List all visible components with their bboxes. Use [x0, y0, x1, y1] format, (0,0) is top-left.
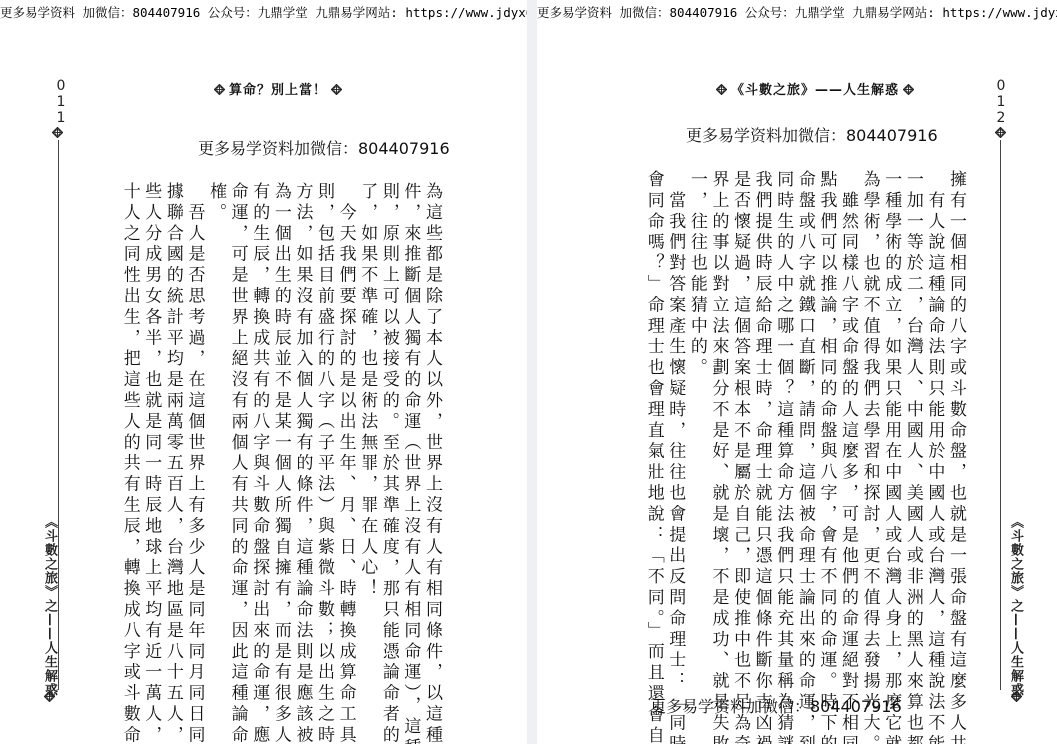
text-column: 為一個出生的時辰並不是某一個人所獨自擁有，而是有很多人共有，用共	[269, 182, 291, 702]
margin-rule	[58, 140, 59, 690]
text-column: 一，往往也能猜中的。	[685, 170, 707, 690]
body-text: 為這些都是除了本人以外，世界上沒有人有相同條件，以這種獨有的條 件，來推斷個人獨…	[102, 182, 442, 702]
text-column: 擁有一個相同的八字或斗數命盤，也就是一張命盤有這麼多人共有。	[944, 170, 966, 690]
ornament-icon	[995, 127, 1006, 138]
ornament-icon	[52, 127, 63, 138]
body-text: 擁有一個相同的八字或斗數命盤，也就是一張命盤有這麼多人共有。 有人說這種論命法則…	[610, 170, 966, 690]
top-banner-right: 更多易学资料 加微信：804407916 公众号：九鼎学堂 九鼎易学网站: ht…	[537, 3, 1057, 23]
text-column: 些人分成男女各半，也就是同一時辰地球上平均有近一萬人，台灣有近四	[140, 182, 162, 702]
watermark-text: 更多易学资料加微信：804407916	[686, 123, 938, 146]
text-column: 同時生的人中之哪一個？這種算命方法我們只能充其量稱為猜謎遊戲；當	[772, 170, 794, 690]
text-column: 一加一等於二，台灣人、中國人、美國人或非洲的黑人來算也都等於二，	[901, 170, 923, 690]
text-column: 雖然同樣八字或命盤的人這麼多，可是他們的命運絕對不相同，從這	[836, 170, 858, 690]
text-column: 則，包括目前盛行的八字（子平法）與紫微斗數；以出生之時辰來論命的	[312, 182, 334, 702]
ornament-icon	[903, 84, 914, 95]
left-page: 0 1 1 《斗數之旅》之——人生解惑 算命？別上當！ 更多易学资料加微信：80…	[0, 30, 527, 744]
side-book-title: 《斗數之旅》之——人生解惑	[1008, 515, 1022, 697]
right-page: 《斗數之旅》——人生解惑 更多易学资料加微信：804407916 更多易学资料加…	[537, 30, 1057, 744]
text-column: 有的生辰，轉換成共有的八字與斗數命盤探討出來的命運，應該屬於共有	[248, 182, 270, 702]
text-column: 了，如果不準確，也是術法無罪，罪在人心！	[356, 182, 378, 702]
running-head: 算命？別上當！	[210, 79, 346, 98]
ornament-icon	[214, 84, 225, 95]
text-column: 吾人是否思考過，在這個世界上有多少人是同年同月同日同時生呢？	[183, 182, 205, 702]
text-column: 件，來推斷個人獨有的命運（世界上沒有人有相同命運），這種論命法	[399, 182, 421, 702]
text-column: 命運，可是世界上絕沒有兩個人有共同的命運，因此這種論命法則值得商	[226, 182, 248, 702]
ornament-icon	[1011, 691, 1022, 702]
page-number: 0 1 1	[55, 78, 67, 126]
text-column: 榷。	[204, 182, 226, 702]
text-column: 命盤或八字就鐵口直斷，請問，這個被命理士論出來的命運，到底是屬於	[793, 170, 815, 690]
text-column: 當我們對答案產生懷疑時，往往也會提出反問命理士：「同時生的人	[664, 170, 686, 690]
ornament-icon	[716, 84, 727, 95]
text-column: 有人說這種論命法則只能用於中國人或台灣人，這種說法不能成立，	[923, 170, 945, 690]
top-banner-left: 更多易学资料 加微信：804407916 公众号：九鼎学堂 九鼎易学网站: ht…	[0, 3, 527, 23]
text-column: 則，原則上可以被接受的。至於其準確度，那只能憑論命者的功力與道行	[377, 182, 399, 702]
text-column: 會同命嗎？」命理士也會理直氣壯地說：「不同。」而且還會自圓其說地	[642, 170, 664, 690]
text-column: 方法，如果沒有加入個人獨有的條件，這種論命法則是應該被淘汰的，因	[291, 182, 313, 702]
text-column: 據聯合國的統計平均是兩萬零五百人，台灣地區是八十五人，粗略的將這	[161, 182, 183, 702]
margin-rule	[1000, 140, 1001, 690]
text-column: 一種學術的成立，如果只能用在中國人或台灣人身上，那麼它就沒資格稱	[880, 170, 902, 690]
text-column: 我們提供時辰給命理士時，命理士就能只憑這個條件斷你吉凶禍福，我們	[750, 170, 772, 690]
book-title: 《斗數之旅》——人生解惑	[731, 83, 899, 98]
page-gutter	[527, 0, 537, 744]
running-head: 《斗數之旅》——人生解惑	[712, 79, 918, 98]
text-column: 界上的事以對立法來劃分不是好、就是壞，不是成功、就是失敗，二選	[707, 170, 729, 690]
text-column: 是否懷疑過，這個答案根本不是屬於自己，即使推中也不足為奇，因為世	[728, 170, 750, 690]
text-column: 十人之同性出生，把這些人的共有生辰，轉換成八字或斗數命盤，他們都	[118, 182, 140, 702]
text-column: 為這些都是除了本人以外，世界上沒有人有相同條件，以這種獨有的條	[420, 182, 442, 702]
ornament-icon	[44, 691, 55, 702]
page-number: 0 1 2	[995, 78, 1007, 126]
text-column: 點我們可以推論，相同的命盤與八字，會有不同的命運。時下的相士拿起	[815, 170, 837, 690]
chapter-title: 算命？別上當！	[229, 83, 327, 98]
text-column: 為學術，也就不值得我們去學習和探討，更不值得去發揚光大。	[858, 170, 880, 690]
ornament-icon	[331, 84, 342, 95]
text-column: 今天我們要探討的是以出生年、月、日、時轉換成算命工具的論命法	[334, 182, 356, 702]
watermark-text: 更多易学资料加微信：804407916	[198, 136, 450, 159]
side-book-title: 《斗數之旅》之——人生解惑	[42, 515, 56, 697]
